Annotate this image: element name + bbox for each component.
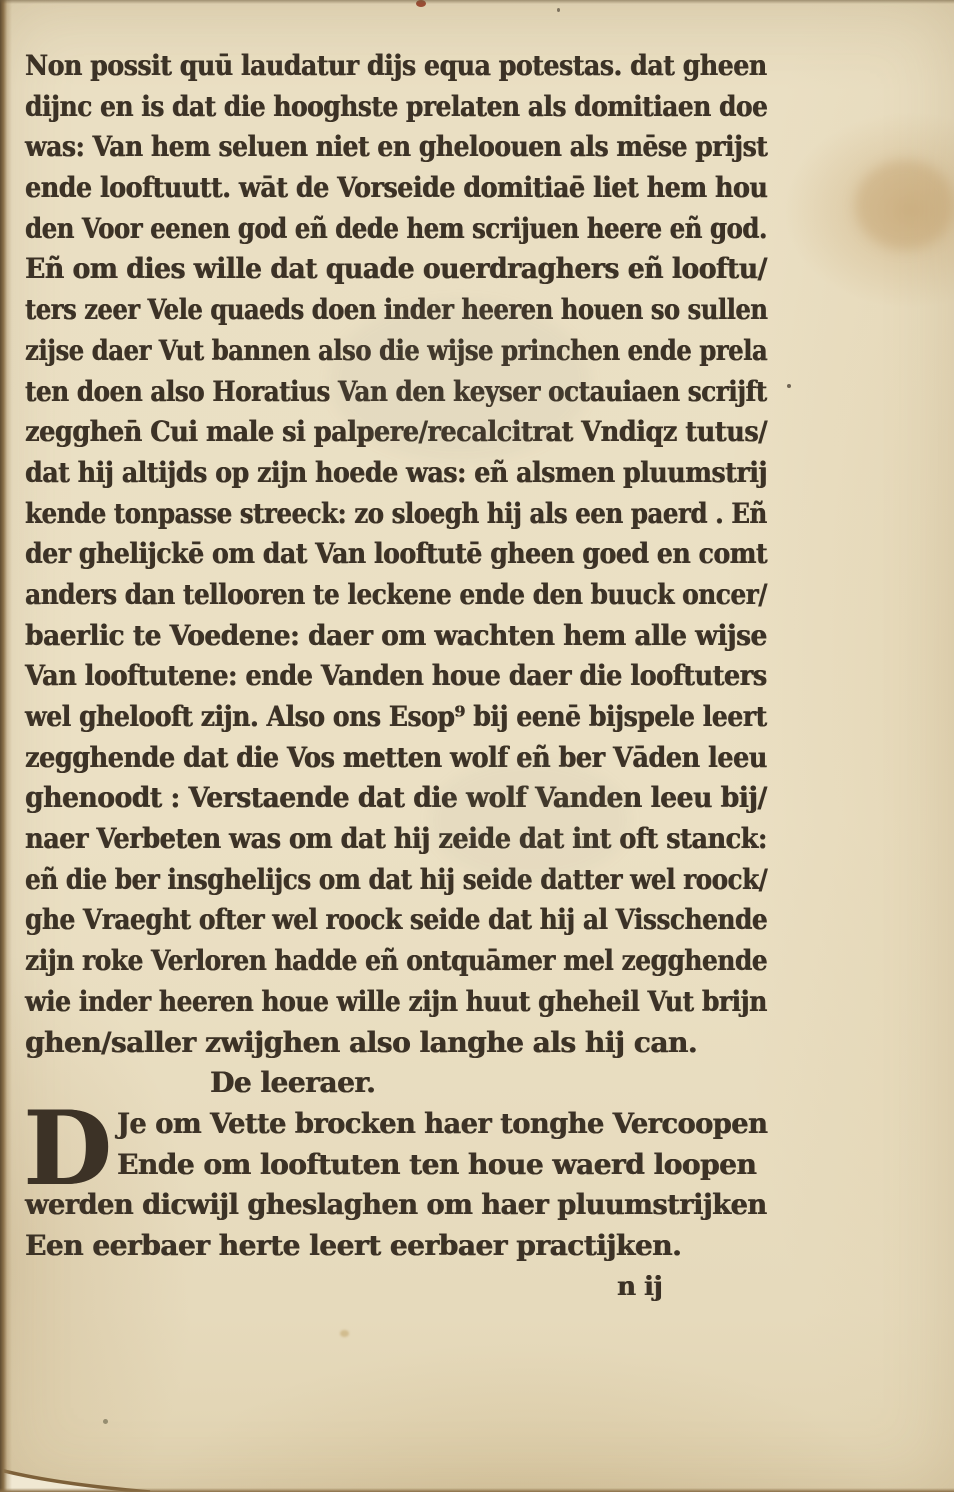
paper-smudge-center bbox=[330, 300, 590, 460]
text-line: dat hij altijds op zijn hoede was: eñ al… bbox=[25, 453, 767, 494]
signature-mark: n ij bbox=[617, 1267, 662, 1308]
verse-line: Ende om looftuten ten houe waerd loopen bbox=[117, 1145, 756, 1186]
verse-indented-lines: Je om Vette brocken haer tonghe Vercoope… bbox=[25, 1104, 767, 1185]
text-line: Van looftutene: ende Vanden houe daer di… bbox=[25, 656, 767, 697]
paper-spot-bottom bbox=[340, 1330, 349, 1337]
text-line: ende looftuutt. wāt de Vorseide domitiaē… bbox=[25, 168, 767, 209]
ink-speck-2 bbox=[103, 1419, 108, 1424]
ink-speck-1 bbox=[787, 384, 791, 388]
text-line: der ghelijckē om dat Van looftutē gheen … bbox=[25, 534, 767, 575]
text-line: ghenoodt : Verstaende dat die wolf Vande… bbox=[25, 778, 767, 819]
paper-stain-right bbox=[855, 160, 954, 250]
page-binding-edge bbox=[0, 0, 12, 1492]
section-heading: De leeraer. bbox=[210, 1063, 375, 1104]
text-line: wie inder heeren houe wille zijn huut gh… bbox=[25, 982, 767, 1023]
text-block: Non possit quū laudatur dijs equa potest… bbox=[25, 46, 767, 1307]
verse-block: D Je om Vette brocken haer tonghe Vercoo… bbox=[25, 1104, 767, 1267]
verse-line: Een eerbaer herte leert eerbaer practijk… bbox=[25, 1226, 681, 1267]
text-line: was: Van hem seluen niet en gheloouen al… bbox=[25, 127, 767, 168]
text-line: naer Verbeten was om dat hij zeide dat i… bbox=[25, 819, 767, 860]
text-line: ghe Vraeght ofter wel roock seide dat hi… bbox=[25, 900, 767, 941]
text-line: Eñ om dies wille dat quade ouerdraghers … bbox=[25, 249, 767, 290]
text-line: kende tonpasse streeck: zo sloegh hij al… bbox=[25, 494, 767, 535]
body-text: Non possit quū laudatur dijs equa potest… bbox=[25, 46, 767, 1023]
text-line-last: ghen/saller zwijghen also langhe als hij… bbox=[25, 1023, 697, 1064]
text-line: eñ die ber insghelijcs om dat hij seide … bbox=[25, 860, 767, 901]
verse-line: werden dicwijl gheslaghen om haer pluums… bbox=[25, 1185, 767, 1226]
text-line: anders dan tellooren te leckene ende den… bbox=[25, 575, 767, 616]
verse-line: Je om Vette brocken haer tonghe Vercoope… bbox=[117, 1104, 767, 1145]
paper-smudge-lower bbox=[430, 760, 630, 880]
drop-cap-initial: D bbox=[23, 1110, 115, 1188]
text-line: dijnc en is dat die hooghste prelaten al… bbox=[25, 87, 767, 128]
ink-speck-3 bbox=[557, 8, 560, 12]
text-line: den Voor eenen god eñ dede hem scrijuen … bbox=[25, 209, 767, 250]
verse-full-lines: werden dicwijl gheslaghen om haer pluums… bbox=[25, 1185, 767, 1266]
page-top-edge bbox=[0, 0, 954, 4]
text-line: baerlic te Voedene: daer om wachten hem … bbox=[25, 616, 767, 657]
text-line: wel ghelooft zijn. Also ons Esop⁹ bij ee… bbox=[25, 697, 767, 738]
text-line: zegghende dat die Vos metten wolf eñ ber… bbox=[25, 738, 767, 779]
text-line: zijn roke Verloren hadde eñ ontquāmer me… bbox=[25, 941, 767, 982]
page-corner-underpage bbox=[0, 1432, 260, 1492]
page-bottom-edge bbox=[0, 1488, 954, 1492]
book-page: Non possit quū laudatur dijs equa potest… bbox=[0, 0, 954, 1492]
text-line: Non possit quū laudatur dijs equa potest… bbox=[25, 46, 767, 87]
